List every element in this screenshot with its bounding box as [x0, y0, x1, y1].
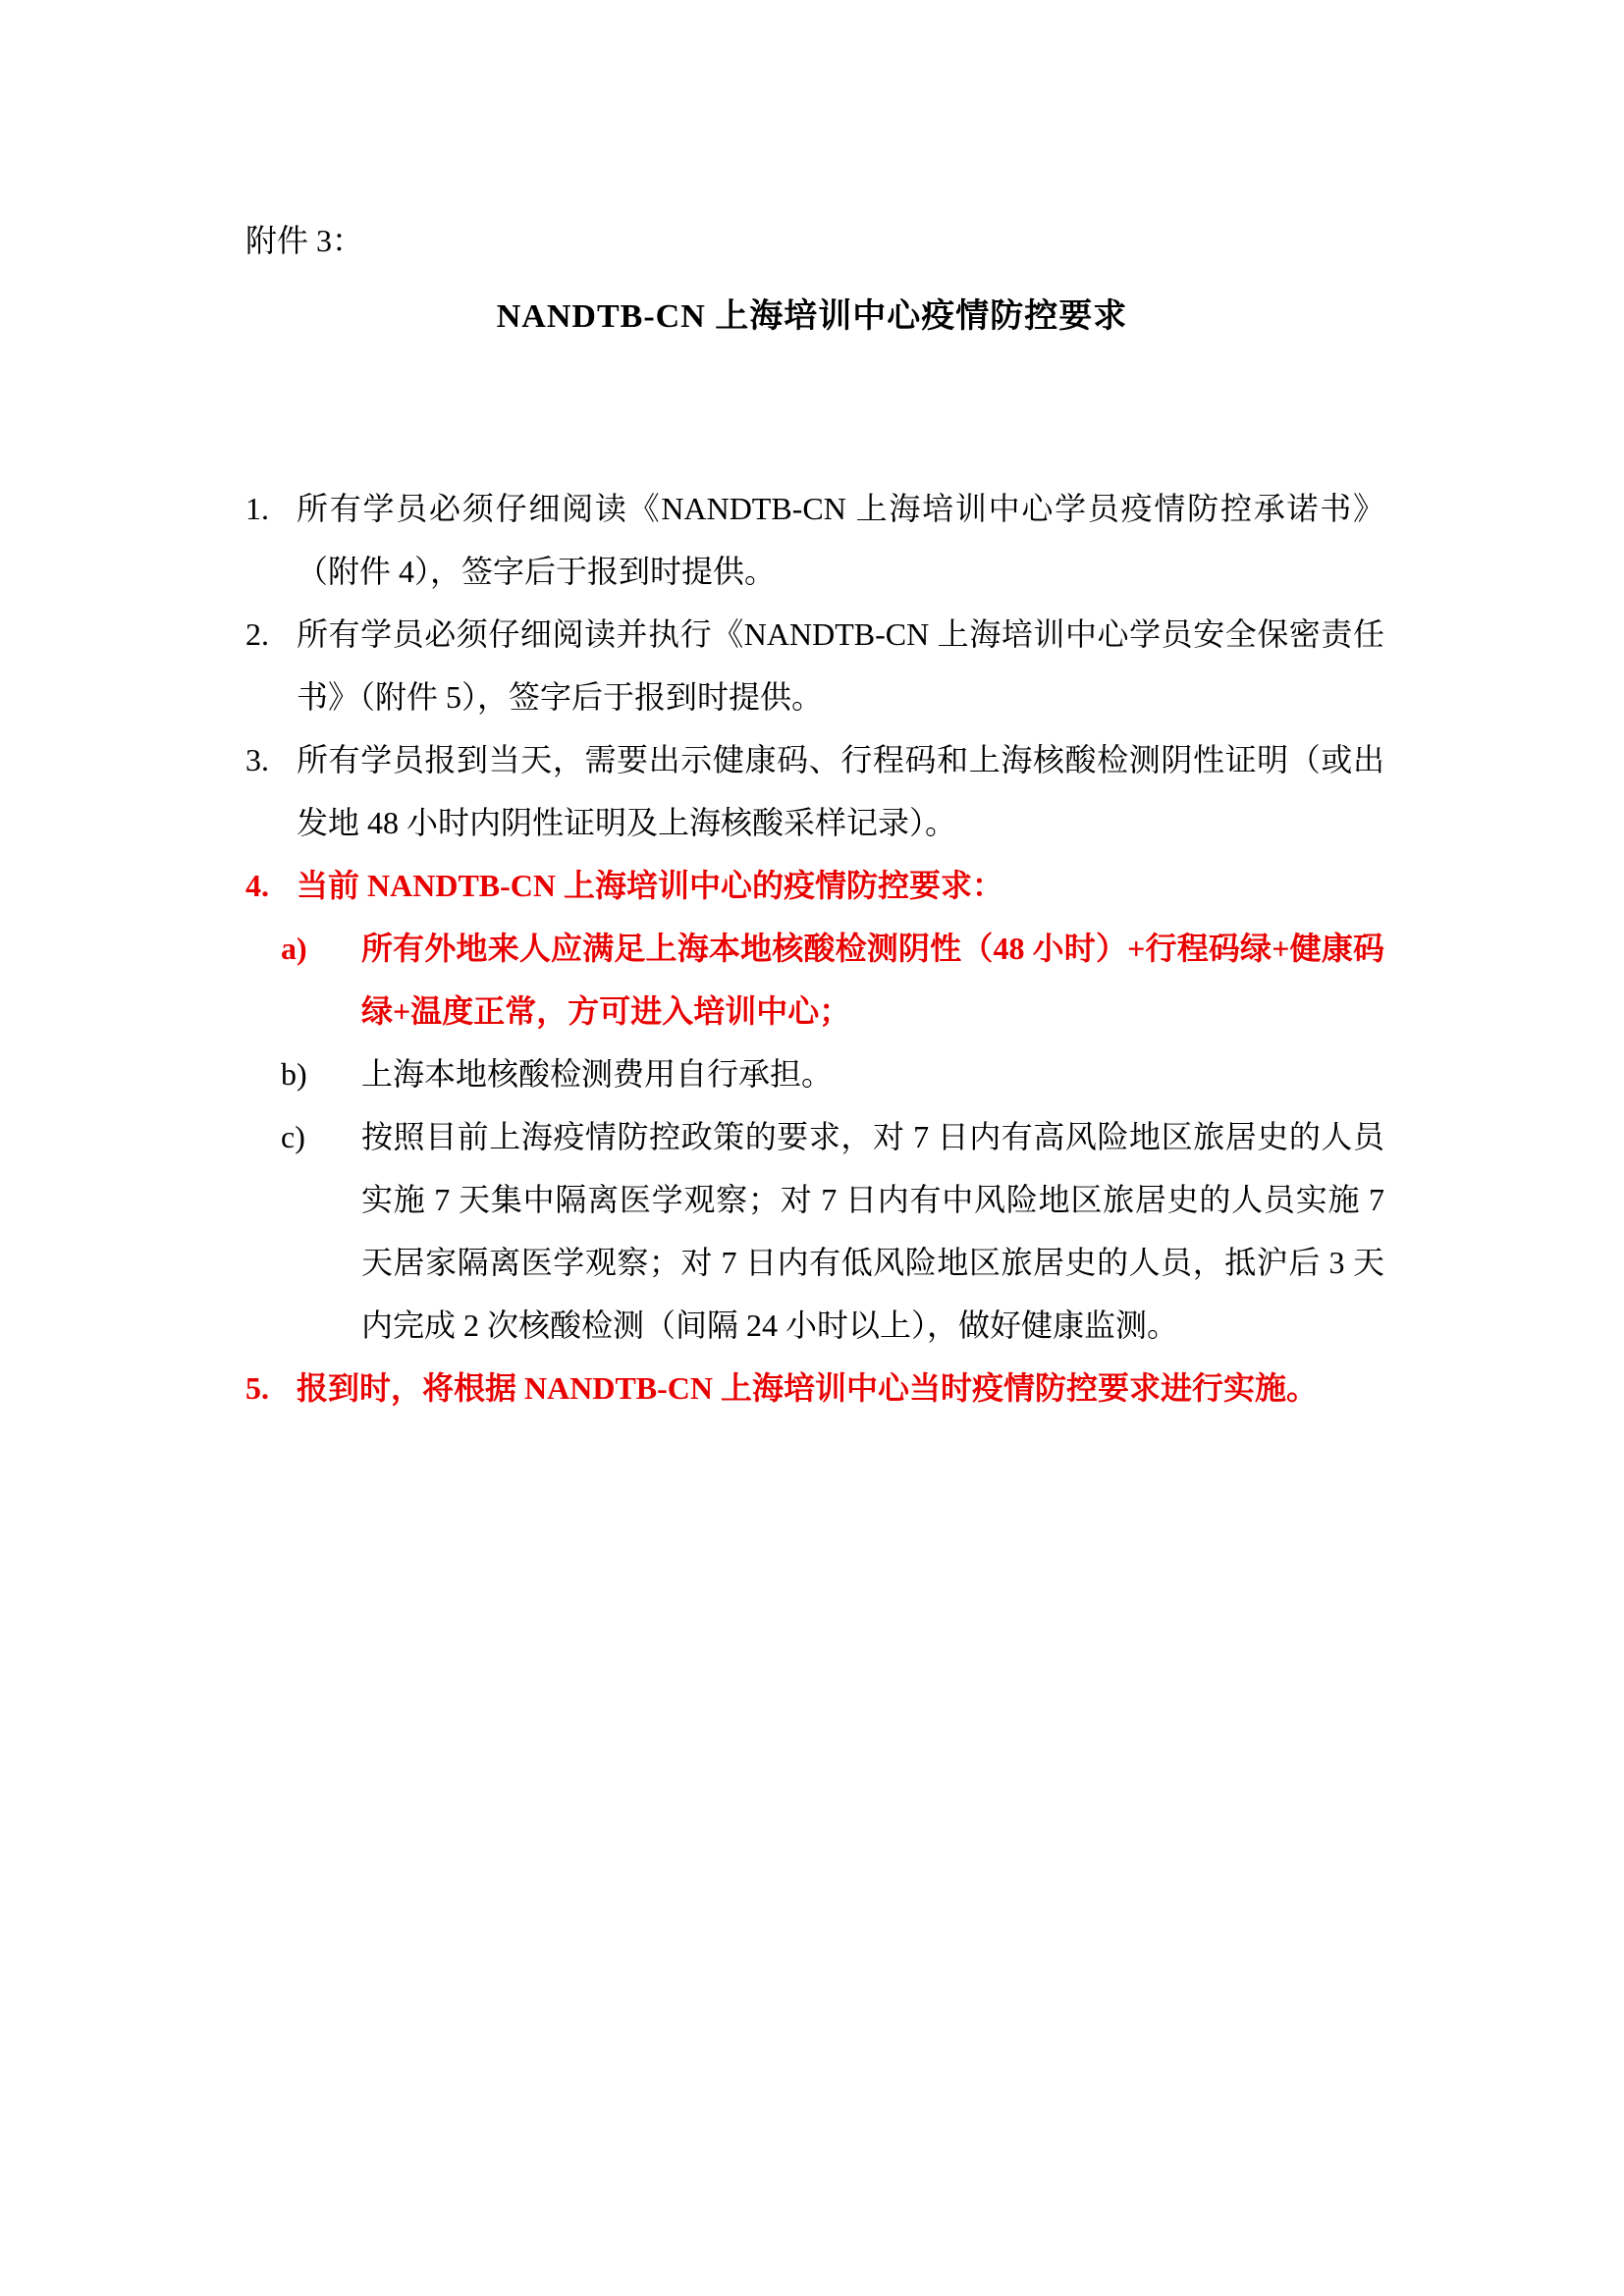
list-item-4c-text: 按照目前上海疫情防控政策的要求，对 7 日内有高风险地区旅居史的人员实施 7 天…	[361, 1105, 1384, 1357]
list-item-4a-text: 所有外地来人应满足上海本地核酸检测阴性（48 小时）+行程码绿+健康码绿+温度正…	[361, 917, 1384, 1042]
list-item-4b-letter: b)	[281, 1042, 361, 1105]
list-item-4-number: 4.	[245, 854, 297, 917]
list-item-3: 3. 所有学员报到当天，需要出示健康码、行程码和上海核酸检测阴性证明（或出发地 …	[0, 728, 1624, 854]
list-item-4b-text: 上海本地核酸检测费用自行承担。	[361, 1042, 1384, 1105]
requirements-list: 1. 所有学员必须仔细阅读《NANDTB-CN 上海培训中心学员疫情防控承诺书》…	[0, 477, 1624, 1419]
list-item-2: 2. 所有学员必须仔细阅读并执行《NANDTB-CN 上海培训中心学员安全保密责…	[0, 603, 1624, 728]
list-item-4b: b) 上海本地核酸检测费用自行承担。	[0, 1042, 1624, 1105]
list-item-4a-letter: a)	[281, 917, 361, 1042]
list-item-4c-letter: c)	[281, 1105, 361, 1357]
list-item-3-text: 所有学员报到当天，需要出示健康码、行程码和上海核酸检测阴性证明（或出发地 48 …	[297, 728, 1384, 854]
list-item-1: 1. 所有学员必须仔细阅读《NANDTB-CN 上海培训中心学员疫情防控承诺书》…	[0, 477, 1624, 603]
document-page: 附件 3： NANDTB-CN 上海培训中心疫情防控要求 1. 所有学员必须仔细…	[0, 0, 1624, 2296]
list-item-1-text: 所有学员必须仔细阅读《NANDTB-CN 上海培训中心学员疫情防控承诺书》（附件…	[297, 477, 1384, 603]
list-item-5-number: 5.	[245, 1357, 297, 1419]
list-item-2-number: 2.	[245, 603, 297, 728]
list-item-2-text: 所有学员必须仔细阅读并执行《NANDTB-CN 上海培训中心学员安全保密责任书》…	[297, 603, 1384, 728]
list-item-4a: a) 所有外地来人应满足上海本地核酸检测阴性（48 小时）+行程码绿+健康码绿+…	[0, 917, 1624, 1042]
list-item-5-text: 报到时，将根据 NANDTB-CN 上海培训中心当时疫情防控要求进行实施。	[297, 1357, 1384, 1419]
list-item-3-number: 3.	[245, 728, 297, 854]
attachment-label: 附件 3：	[245, 0, 1624, 263]
list-item-4c: c) 按照目前上海疫情防控政策的要求，对 7 日内有高风险地区旅居史的人员实施 …	[0, 1105, 1624, 1357]
list-item-4: 4. 当前 NANDTB-CN 上海培训中心的疫情防控要求：	[0, 854, 1624, 917]
list-item-1-number: 1.	[245, 477, 297, 603]
list-item-5: 5. 报到时，将根据 NANDTB-CN 上海培训中心当时疫情防控要求进行实施。	[0, 1357, 1624, 1419]
list-item-4-text: 当前 NANDTB-CN 上海培训中心的疫情防控要求：	[297, 854, 1384, 917]
document-title: NANDTB-CN 上海培训中心疫情防控要求	[0, 293, 1624, 342]
